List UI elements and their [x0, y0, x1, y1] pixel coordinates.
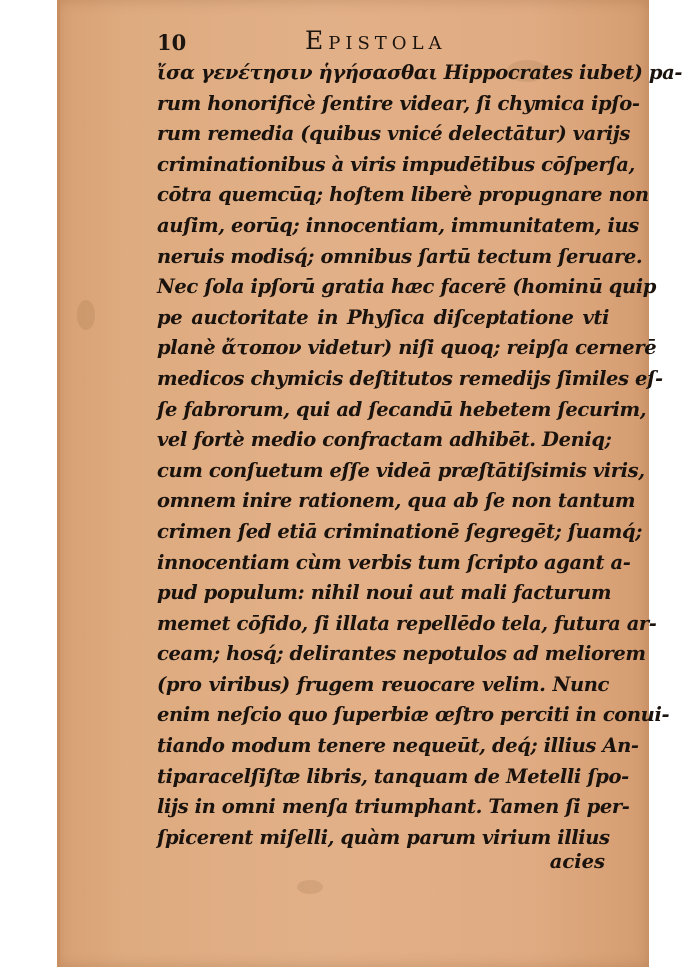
text-line: vel fortè medio confractam adhibēt. Deni…: [157, 425, 609, 456]
text-line: (pro viribus) frugem reuocare velim. Nun…: [157, 670, 609, 701]
text-line: tiparacelſiſtæ libris, tanquam de Metell…: [157, 762, 609, 793]
text-line: medicos chymicis deſtitutos remedijs ſim…: [157, 364, 609, 395]
text-line: rum remedia (quibus vnicé delectātur) va…: [157, 119, 609, 150]
text-line: Nec ſola ipſorū gratia hæc facerē (homin…: [157, 272, 609, 303]
text-line: auſim, eorūq; innocentiam, immunitatem, …: [157, 211, 609, 242]
text-line: ceam; hosq́; delirantes nepotulos ad mel…: [157, 639, 609, 670]
body-text: ἴσα γενέτησιν ἡγήσασθαι Hippocrates iube…: [157, 58, 609, 853]
catchword: acies: [550, 850, 605, 873]
text-line: rum honorificè ſentire videar, ſi chymic…: [157, 89, 609, 120]
text-line: cum conſuetum eſſe videā præſtātiſsimis …: [157, 456, 609, 487]
text-line: omnem inire rationem, qua ab ſe non tant…: [157, 486, 609, 517]
text-line: planè ἄτοπον videtur) niſi quoq; reipſa …: [157, 333, 609, 364]
paper-stain: [77, 300, 95, 330]
text-line: crimen ſed etiā criminationē ſegregēt; ſ…: [157, 517, 609, 548]
text-line: lijs in omni menſa triumphant. Tamen ſi …: [157, 792, 609, 823]
paper-stain: [297, 880, 323, 894]
text-line: enim neſcio quo ſuperbiæ œſtro perciti i…: [157, 700, 609, 731]
text-line: ſe fabrorum, qui ad ſecandū hebetem ſecu…: [157, 395, 609, 426]
running-head: Epistola: [305, 26, 447, 55]
text-line: ſpicerent miſelli, quàm parum virium ill…: [157, 823, 609, 854]
page-number: 10: [157, 30, 186, 55]
text-line: criminationibus à viris impudētibus cōſp…: [157, 150, 609, 181]
text-line: tiando modum tenere nequeūt, deq́; illiu…: [157, 731, 609, 762]
text-line: pe auctoritate in Phyſica diſceptatione …: [157, 303, 609, 334]
text-line: memet cōfido, ſi illata repellēdo tela, …: [157, 609, 609, 640]
book-page: 10 Epistola ἴσα γενέτησιν ἡγήσασθαι Hipp…: [57, 0, 649, 967]
text-line: ἴσα γενέτησιν ἡγήσασθαι Hippocrates iube…: [157, 58, 609, 89]
text-line: neruis modisq́; omnibus ſartū tectum ſer…: [157, 242, 609, 273]
page-header: 10 Epistola: [157, 24, 607, 58]
text-line: innocentiam cùm verbis tum ſcripto agant…: [157, 548, 609, 579]
text-line: pud populum: nihil noui aut mali facturu…: [157, 578, 609, 609]
text-line: cōtra quemcūq; hoſtem liberè propugnare …: [157, 180, 609, 211]
